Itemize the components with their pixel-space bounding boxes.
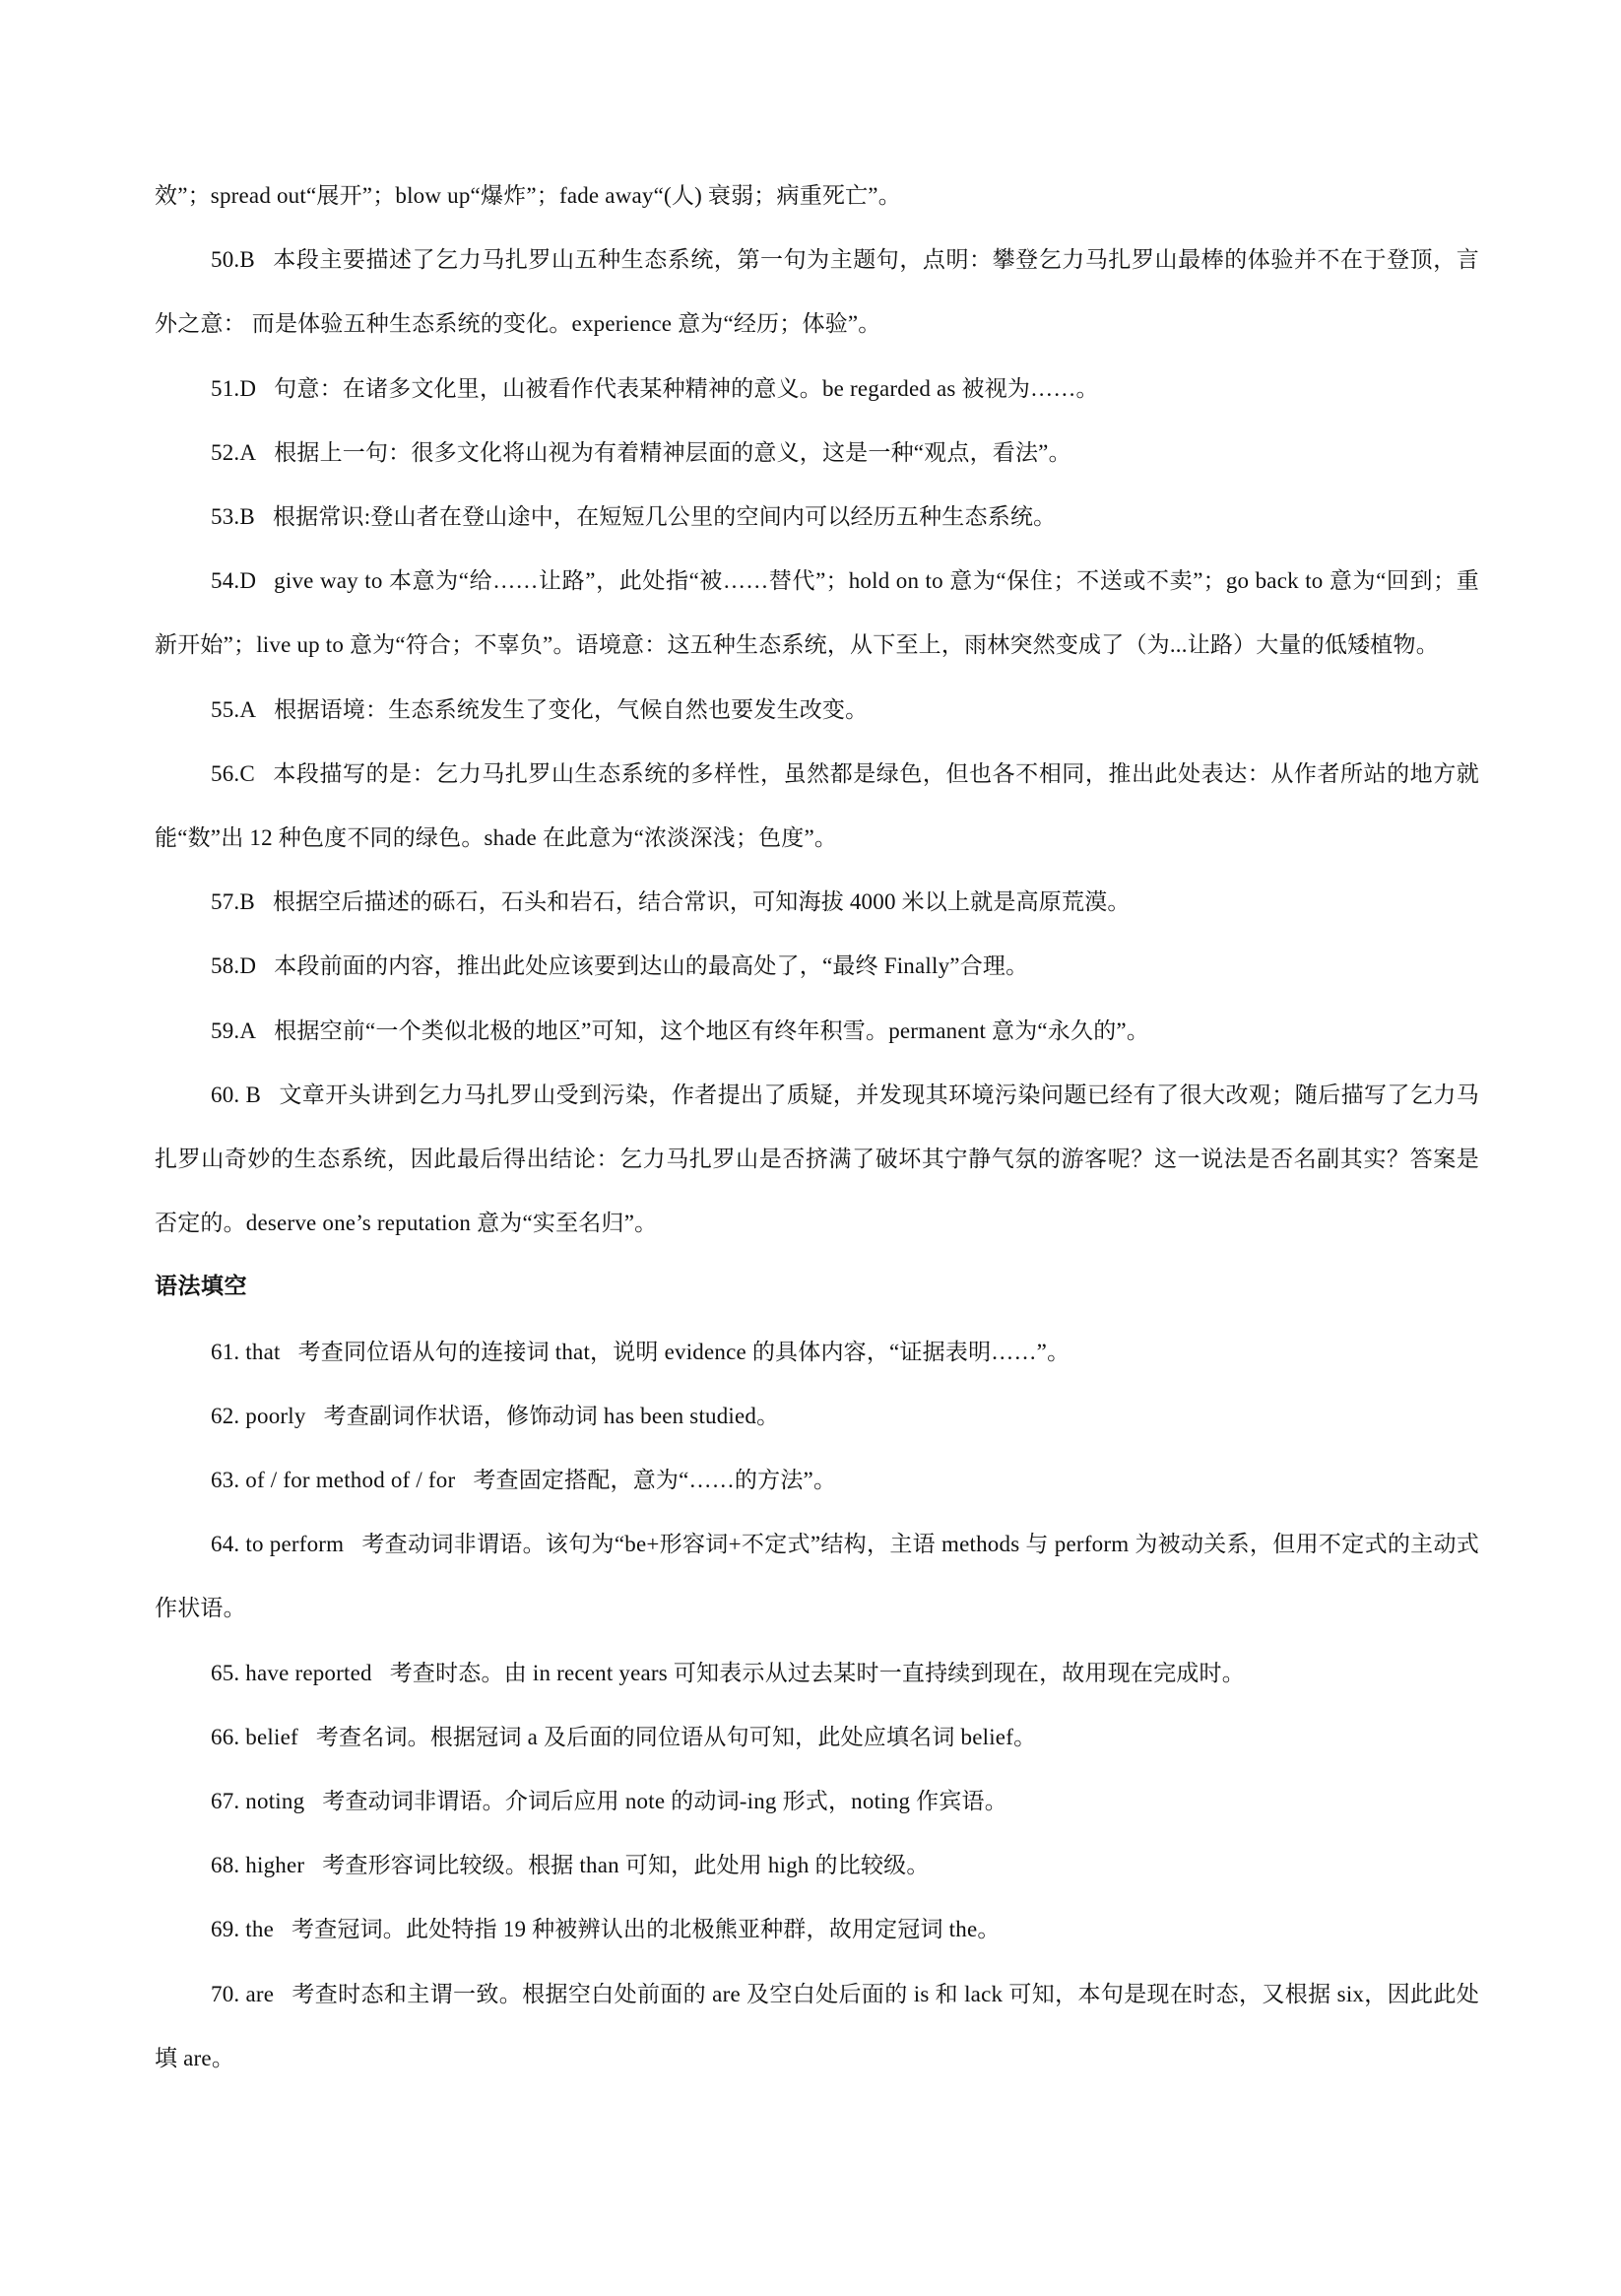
answer-53: 53.B根据常识:登山者在登山途中，在短短几公里的空间内可以经历五种生态系统。 bbox=[155, 485, 1479, 549]
answer-explanation: 文章开头讲到乞力马扎罗山受到污染，作者提出了质疑，并发现其环境污染问题已经有了很… bbox=[155, 1082, 1479, 1235]
answer-number: 61. that bbox=[211, 1340, 281, 1364]
answer-number: 54.D bbox=[211, 568, 256, 593]
answer-explanation: 考查固定搭配，意为“……的方法”。 bbox=[473, 1468, 836, 1492]
answer-number: 68. higher bbox=[211, 1853, 304, 1877]
grammar-answers: 61. that考查同位语从句的连接词 that，说明 evidence 的具体… bbox=[155, 1320, 1479, 2090]
answer-66: 66. belief考查名词。根据冠词 a 及后面的同位语从句可知，此处应填名词… bbox=[155, 1705, 1479, 1769]
answer-56: 56.C本段描写的是：乞力马扎罗山生态系统的多样性，虽然都是绿色，但也各不相同，… bbox=[155, 742, 1479, 870]
answer-explanation: 考查同位语从句的连接词 that，说明 evidence 的具体内容，“证据表明… bbox=[298, 1340, 1070, 1364]
answer-explanation: 根据空后描述的砾石，石头和岩石，结合常识，可知海拔 4000 米以上就是高原荒漠… bbox=[273, 889, 1131, 914]
answer-number: 66. belief bbox=[211, 1725, 298, 1749]
answer-explanation: give way to 本意为“给……让路”，此处指“被……替代”；hold o… bbox=[155, 568, 1479, 657]
answer-58: 58.D本段前面的内容，推出此处应该要到达山的最高处了，“最终 Finally”… bbox=[155, 934, 1479, 998]
answer-number: 70. are bbox=[211, 1982, 274, 2006]
answer-explanation: 根据空前“一个类似北极的地区”可知，这个地区有终年积雪。permanent 意为… bbox=[274, 1018, 1149, 1043]
answer-explanation: 考查时态。由 in recent years 可知表示从过去某时一直持续到现在，… bbox=[390, 1661, 1245, 1685]
answer-explanation: 考查副词作状语，修饰动词 has been studied。 bbox=[324, 1404, 780, 1428]
answer-explanation: 考查动词非谓语。介词后应用 note 的动词-ing 形式，noting 作宾语… bbox=[322, 1789, 1007, 1813]
answer-explanation: 考查时态和主谓一致。根据空白处前面的 are 及空白处后面的 is 和 lack… bbox=[155, 1982, 1479, 2070]
answer-59: 59.A根据空前“一个类似北极的地区”可知，这个地区有终年积雪。permanen… bbox=[155, 999, 1479, 1063]
answer-55: 55.A根据语境：生态系统发生了变化，气候自然也要发生改变。 bbox=[155, 678, 1479, 742]
answer-explanation: 考查动词非谓语。该句为“be+形容词+不定式”结构，主语 methods 与 p… bbox=[155, 1532, 1479, 1620]
answer-explanation: 根据常识:登山者在登山途中，在短短几公里的空间内可以经历五种生态系统。 bbox=[273, 504, 1056, 529]
answer-68: 68. higher考查形容词比较级。根据 than 可知，此处用 high 的… bbox=[155, 1833, 1479, 1897]
answer-54: 54.Dgive way to 本意为“给……让路”，此处指“被……替代”；ho… bbox=[155, 549, 1479, 677]
answer-64: 64. to perform考查动词非谓语。该句为“be+形容词+不定式”结构，… bbox=[155, 1512, 1479, 1640]
answer-explanation: 根据上一句：很多文化将山视为有着精神层面的意义，这是一种“观点，看法”。 bbox=[274, 440, 1071, 465]
answer-explanation: 本段前面的内容，推出此处应该要到达山的最高处了，“最终 Finally”合理。 bbox=[274, 953, 1028, 978]
continuation-paragraph: 效”；spread out“展开”；blow up“爆炸”；fade away“… bbox=[155, 164, 1479, 228]
document-page: 效”；spread out“展开”；blow up“爆炸”；fade away“… bbox=[155, 164, 1479, 2090]
answer-number: 62. poorly bbox=[211, 1404, 306, 1428]
answer-67: 67. noting考查动词非谓语。介词后应用 note 的动词-ing 形式，… bbox=[155, 1769, 1479, 1833]
answer-51: 51.D句意：在诸多文化里，山被看作代表某种精神的意义。be regarded … bbox=[155, 357, 1479, 421]
answer-number: 59.A bbox=[211, 1018, 256, 1043]
answer-explanation: 句意：在诸多文化里，山被看作代表某种精神的意义。be regarded as 被… bbox=[274, 376, 1099, 401]
answer-number: 50.B bbox=[211, 247, 255, 272]
answer-number: 63. of / for method of / for bbox=[211, 1468, 455, 1492]
answer-explanation: 考查冠词。此处特指 19 种被辨认出的北极熊亚种群，故用定冠词 the。 bbox=[292, 1917, 1001, 1941]
answer-number: 55.A bbox=[211, 697, 256, 722]
answer-number: 67. noting bbox=[211, 1789, 304, 1813]
answer-50: 50.B本段主要描述了乞力马扎罗山五种生态系统，第一句为主题句，点明：攀登乞力马… bbox=[155, 228, 1479, 356]
answer-number: 69. the bbox=[211, 1917, 274, 1941]
answer-65: 65. have reported考查时态。由 in recent years … bbox=[155, 1641, 1479, 1705]
answer-number: 53.B bbox=[211, 504, 255, 529]
answer-number: 52.A bbox=[211, 440, 256, 465]
answer-number: 60. B bbox=[211, 1082, 261, 1107]
answer-61: 61. that考查同位语从句的连接词 that，说明 evidence 的具体… bbox=[155, 1320, 1479, 1384]
answer-explanation: 本段主要描述了乞力马扎罗山五种生态系统，第一句为主题句，点明：攀登乞力马扎罗山最… bbox=[155, 247, 1479, 336]
cloze-answers: 50.B本段主要描述了乞力马扎罗山五种生态系统，第一句为主题句，点明：攀登乞力马… bbox=[155, 228, 1479, 1255]
answer-60: 60. B文章开头讲到乞力马扎罗山受到污染，作者提出了质疑，并发现其环境污染问题… bbox=[155, 1063, 1479, 1256]
answer-number: 58.D bbox=[211, 953, 256, 978]
answer-63: 63. of / for method of / for考查固定搭配，意为“……… bbox=[155, 1448, 1479, 1512]
answer-explanation: 考查形容词比较级。根据 than 可知，此处用 high 的比较级。 bbox=[322, 1853, 929, 1877]
answer-57: 57.B根据空后描述的砾石，石头和岩石，结合常识，可知海拔 4000 米以上就是… bbox=[155, 870, 1479, 934]
answer-52: 52.A根据上一句：很多文化将山视为有着精神层面的意义，这是一种“观点，看法”。 bbox=[155, 421, 1479, 485]
answer-number: 64. to perform bbox=[211, 1532, 344, 1556]
answer-explanation: 根据语境：生态系统发生了变化，气候自然也要发生改变。 bbox=[274, 697, 868, 722]
answer-number: 56.C bbox=[211, 761, 255, 786]
section-heading-grammar: 语法填空 bbox=[155, 1255, 1479, 1319]
answer-62: 62. poorly考查副词作状语，修饰动词 has been studied。 bbox=[155, 1384, 1479, 1448]
answer-69: 69. the考查冠词。此处特指 19 种被辨认出的北极熊亚种群，故用定冠词 t… bbox=[155, 1897, 1479, 1961]
answer-70: 70. are考查时态和主谓一致。根据空白处前面的 are 及空白处后面的 is… bbox=[155, 1962, 1479, 2090]
answer-number: 65. have reported bbox=[211, 1661, 372, 1685]
answer-explanation: 考查名词。根据冠词 a 及后面的同位语从句可知，此处应填名词 belief。 bbox=[316, 1725, 1036, 1749]
answer-number: 51.D bbox=[211, 376, 256, 401]
answer-explanation: 本段描写的是：乞力马扎罗山生态系统的多样性，虽然都是绿色，但也各不相同，推出此处… bbox=[155, 761, 1479, 850]
answer-number: 57.B bbox=[211, 889, 255, 914]
